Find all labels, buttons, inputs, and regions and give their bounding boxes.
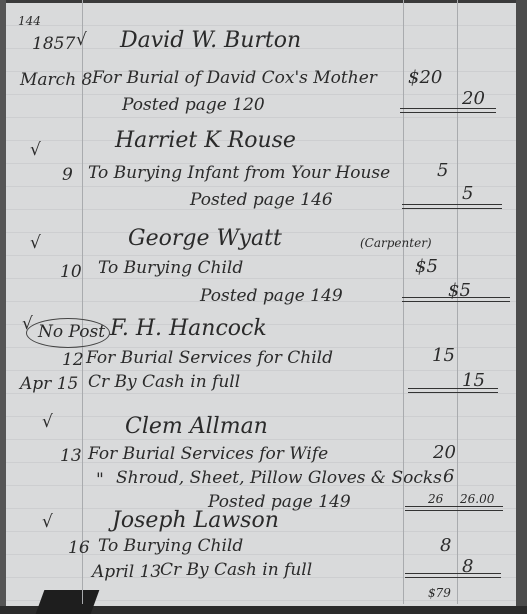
debit-amount: 15 <box>432 345 455 366</box>
entry-text: Posted page 146 <box>190 190 333 210</box>
check-mark: √ <box>30 233 41 253</box>
credit-amount: 5 <box>462 183 473 204</box>
no-post-annotation: No Post <box>38 322 105 342</box>
credit-amount: 26.00 <box>460 492 494 506</box>
debit-column-rule <box>403 0 404 604</box>
total-rule <box>400 108 496 113</box>
entry-name: Clem Allman <box>125 414 268 439</box>
date-column-rule <box>82 0 83 604</box>
subtotal-amount: 26 <box>428 492 443 506</box>
entry-date: Apr 15 <box>20 374 78 394</box>
entry-text: To Burying Child <box>98 536 243 556</box>
entry-name: George Wyatt <box>128 226 282 251</box>
entry-date: 9 <box>62 165 73 185</box>
entry-text: For Burial Services for Wife <box>88 444 328 464</box>
check-mark: √ <box>30 140 41 160</box>
credit-amount: 20 <box>462 88 485 109</box>
entry-text: Cr By Cash in full <box>88 372 240 392</box>
check-mark: √ <box>42 412 53 432</box>
entry-name: F. H. Hancock <box>110 316 267 341</box>
page-number: 144 <box>18 14 41 28</box>
entry-text: To Burying Infant from Your House <box>88 163 390 183</box>
total-rule <box>405 506 503 511</box>
entry-name: David W. Burton <box>120 28 301 53</box>
occupation-note: (Carpenter) <box>360 236 432 250</box>
debit-amount: 8 <box>440 535 451 556</box>
entry-text: Posted page 120 <box>122 95 265 115</box>
book-corner <box>36 590 100 614</box>
entry-text: Posted page 149 <box>200 286 343 306</box>
credit-column-rule <box>457 0 458 604</box>
total-rule <box>402 297 510 302</box>
debit-amount: 20 <box>433 442 456 463</box>
entry-text: To Burying Child <box>98 258 243 278</box>
entry-date: 13 <box>60 446 82 466</box>
entry-date: April 13 <box>92 562 161 582</box>
entry-name: Joseph Lawson <box>112 508 279 533</box>
right-binding <box>516 0 527 614</box>
check-mark: √ <box>42 512 53 532</box>
debit-amount: 6 <box>443 466 454 487</box>
check-mark: √ <box>76 30 87 50</box>
entry-text: Shroud, Sheet, Pillow Gloves & Socks <box>116 468 442 488</box>
entry-name: Harriet K Rouse <box>115 128 296 153</box>
left-binding <box>0 0 6 614</box>
entry-text: For Burial of David Cox's Mother <box>92 68 377 88</box>
debit-amount: 5 <box>437 160 448 181</box>
debit-amount: $20 <box>408 67 442 88</box>
entry-date: 16 <box>68 538 90 558</box>
entry-text: Cr By Cash in full <box>160 560 312 580</box>
total-rule <box>402 204 502 209</box>
ditto-mark: " <box>96 470 104 490</box>
entry-text: For Burial Services for Child <box>86 348 333 368</box>
year: 1857 <box>32 34 75 54</box>
total-rule <box>408 388 498 393</box>
entry-date: 12 <box>62 350 84 370</box>
entry-date: March 8 <box>20 70 92 90</box>
page-total: $79 <box>428 586 451 600</box>
total-rule <box>405 573 501 578</box>
entry-date: 10 <box>60 262 82 282</box>
debit-amount: $5 <box>415 256 438 277</box>
